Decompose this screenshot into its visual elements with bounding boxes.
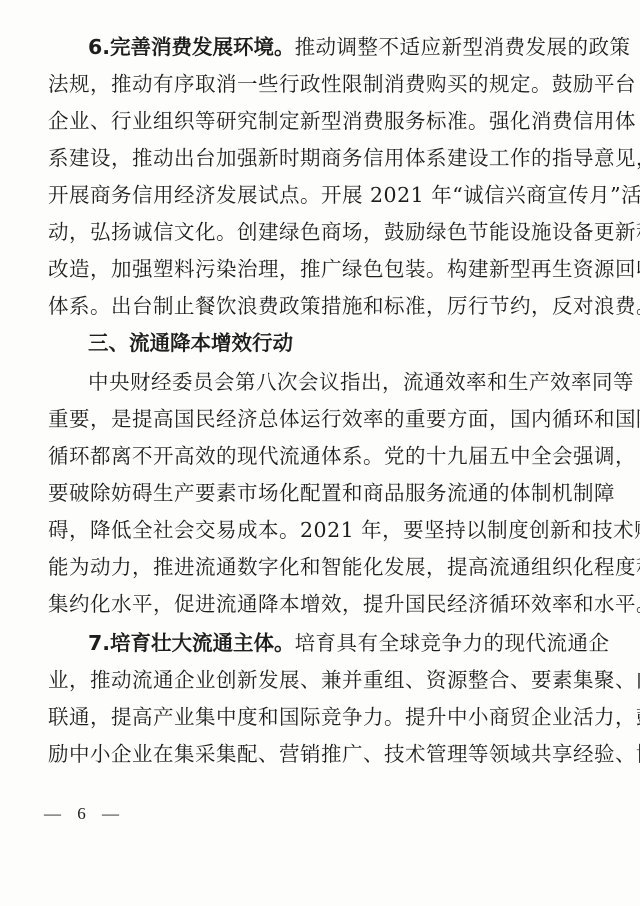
paragraph-6-line-6: 动，弘扬诚信文化。创建绿色商场，鼓励绿色节能设施设备更新和	[48, 218, 575, 246]
section-paragraph-line-1: 中央财经委员会第八次会议指出，流通效率和生产效率同等	[88, 368, 575, 396]
item-7-title: 7.培育壮大流通主体。	[88, 631, 295, 655]
section-heading: 三、流通降本增效行动	[88, 329, 575, 357]
paragraph-7-line-1: 7.培育壮大流通主体。培育具有全球竞争力的现代流通企	[88, 629, 575, 657]
paragraph-6-line-7: 改造，加强塑料污染治理，推广绿色包装。构建新型再生资源回收	[48, 255, 575, 283]
paragraph-6-line-1: 6.完善消费发展环境。推动调整不适应新型消费发展的政策	[88, 33, 575, 61]
page-number: — 6 —	[44, 802, 125, 826]
paragraph-7-line-4: 励中小企业在集采集配、营销推广、技术管理等领域共享经验、协	[48, 740, 575, 768]
paragraph-6-line-4: 系建设，推动出台加强新时期商务信用体系建设工作的指导意见，	[48, 144, 575, 172]
section-paragraph-line-4: 要破除妨碍生产要素市场化配置和商品服务流通的体制机制障	[48, 479, 575, 507]
paragraph-6-line-5: 开展商务信用经济发展试点。开展 2021 年“诚信兴商宣传月”活	[48, 181, 575, 209]
document-page: 6.完善消费发展环境。推动调整不适应新型消费发展的政策 法规，推动有序取消一些行…	[0, 0, 640, 906]
paragraph-6-line-2: 法规，推动有序取消一些行政性限制消费购买的规定。鼓励平台	[48, 70, 575, 98]
section-paragraph-line-6: 能为动力，推进流通数字化和智能化发展，提高流通组织化程度和	[48, 553, 575, 581]
section-paragraph-line-2: 重要，是提高国民经济总体运行效率的重要方面，国内循环和国际	[48, 405, 575, 433]
section-paragraph-line-5: 碍，降低全社会交易成本。2021 年，要坚持以制度创新和技术赋	[48, 516, 575, 544]
paragraph-6-line-8: 体系。出台制止餐饮浪费政策措施和标准，厉行节约，反对浪费。	[48, 292, 575, 320]
paragraph-7-line-3: 联通，提高产业集中度和国际竞争力。提升中小商贸企业活力，鼓	[48, 703, 575, 731]
paragraph-6-line-3: 企业、行业组织等研究制定新型消费服务标准。强化消费信用体	[48, 107, 575, 135]
section-paragraph-line-3: 循环都离不开高效的现代流通体系。党的十九届五中全会强调，	[48, 442, 575, 470]
item-6-title: 6.完善消费发展环境。	[88, 35, 295, 59]
paragraph-7-line-2: 业，推动流通企业创新发展、兼并重组、资源整合、要素集聚、内外	[48, 666, 575, 694]
section-paragraph-line-7: 集约化水平，促进流通降本增效，提升国民经济循环效率和水平。	[48, 590, 575, 618]
